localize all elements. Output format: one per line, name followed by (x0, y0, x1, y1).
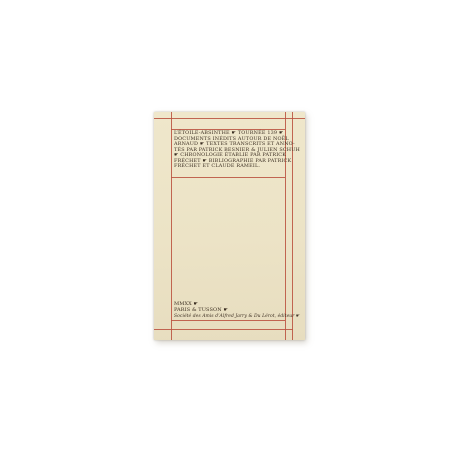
title-line: FRÉCHET ET CLAUDE RAMEIL. (174, 164, 283, 170)
book-cover: L’ÉTOILE-ABSINTHE ☛ TOURNÉE 139 ☛ DOCUME… (154, 112, 305, 340)
title-box-bottom-rule (171, 177, 285, 178)
imprint-publisher: Société des Amis d’Alfred Jarry & Du Lér… (174, 314, 292, 320)
top-horizontal-rule (154, 118, 305, 119)
scan-background: L’ÉTOILE-ABSINTHE ☛ TOURNÉE 139 ☛ DOCUME… (0, 0, 458, 458)
title-block: L’ÉTOILE-ABSINTHE ☛ TOURNÉE 139 ☛ DOCUME… (174, 131, 283, 170)
left-vertical-rule (171, 112, 172, 340)
imprint-block: MMXX ☛ PARIS & TUSSON ☛ Société des Amis… (174, 301, 292, 320)
bottom-horizontal-rule (154, 329, 293, 330)
imprint-top-rule (171, 320, 285, 321)
